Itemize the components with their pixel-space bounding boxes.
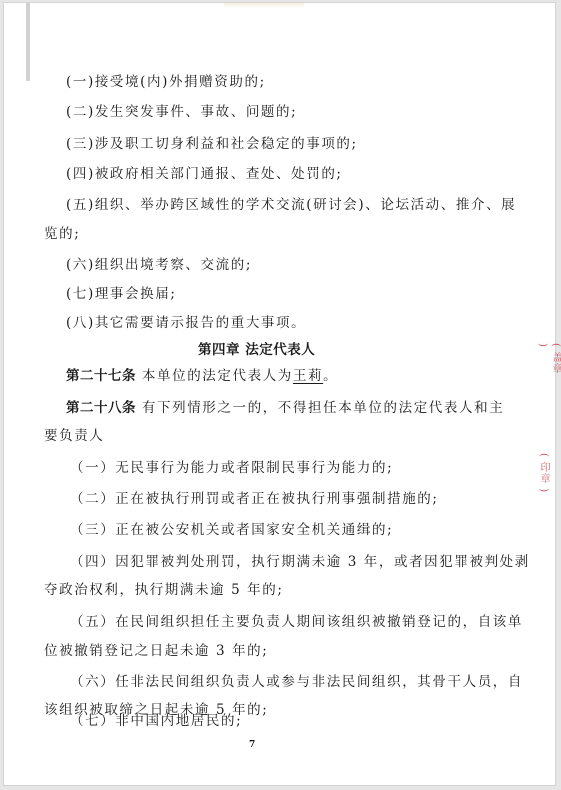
representative-name: 王莉 xyxy=(293,368,323,384)
list-item-continuation: 览的; xyxy=(44,225,80,243)
article-text: 有下列情形之一的，不得担任本单位的法定代表人和主 xyxy=(136,400,504,416)
document-page: (一)接受境(内)外捐赠资助的; (二)发生突发事件、事故、问题的; (三)涉及… xyxy=(3,2,556,786)
list-item: (四)被政府相关部门通报、查处、处罚的; xyxy=(66,165,343,183)
list-item-continuation: 位被撤销登记之日起未逾 3 年的; xyxy=(44,642,268,660)
list-item: (六)组织出境考察、交流的; xyxy=(66,256,252,274)
article-number: 第二十七条 xyxy=(66,368,136,384)
list-item: （六）任非法民间组织负责人或参与非法民间组织，其骨干人员，自 xyxy=(70,673,523,691)
list-item: （七）非中国内地居民的; xyxy=(70,712,242,730)
list-item: (一)接受境(内)外捐赠资助的; xyxy=(66,73,266,91)
chapter-heading: 第四章 法定代表人 xyxy=(198,341,315,359)
list-item: （三）正在被公安机关或者国家安全机关通缉的; xyxy=(70,521,393,539)
seal-stamp-fragment: ( 盖章 ) xyxy=(537,343,561,383)
page-number: 7 xyxy=(249,740,255,750)
article-28-continuation: 要负责人 xyxy=(44,427,104,445)
list-item-continuation: 夺政治权利，执行期满未逾 5 年的; xyxy=(44,581,284,599)
list-item: (八)其它需要请示报告的重大事项。 xyxy=(66,314,306,332)
seal-stamp-fragment: ( 印章 ) xyxy=(536,453,551,553)
list-item: (七)理事会换届; xyxy=(66,285,176,303)
article-text-end: 。 xyxy=(323,368,338,384)
article-27: 第二十七条 本单位的法定代表人为王莉。 xyxy=(66,367,338,385)
list-item: （一）无民事行为能力或者限制民事行为能力的; xyxy=(70,459,393,477)
scan-stain xyxy=(224,3,304,9)
list-item: (二)发生突发事件、事故、问题的; xyxy=(66,103,297,121)
article-28: 第二十八条 有下列情形之一的，不得担任本单位的法定代表人和主 xyxy=(66,399,504,417)
article-text: 本单位的法定代表人为 xyxy=(136,368,293,384)
list-item: （四）因犯罪被判处刑罚，执行期满未逾 3 年，或者因犯罪被判处剥 xyxy=(70,553,530,571)
article-number: 第二十八条 xyxy=(66,400,136,416)
list-item: （二）正在被执行刑罚或者正在被执行刑事强制措施的; xyxy=(70,490,439,508)
list-item: （五）在民间组织担任主要负责人期间该组织被撤销登记的，自该单 xyxy=(70,613,523,631)
binding-stripe xyxy=(26,3,30,81)
list-item: (三)涉及职工切身利益和社会稳定的事项的; xyxy=(66,135,358,153)
list-item: (五)组织、举办跨区域性的学术交流(研讨会)、论坛活动、推介、展 xyxy=(66,196,516,214)
